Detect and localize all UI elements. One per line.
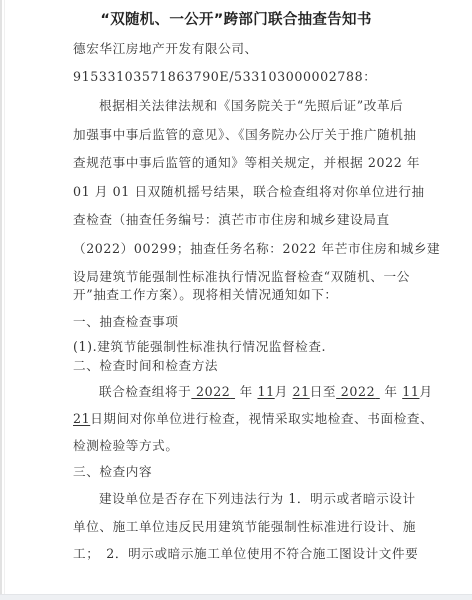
intro-line: 查规范事中事后监管的通知》等相关规定，并根据 2022 年 [73,152,420,171]
section1-heading: 一、抽查检查事项 [73,311,179,330]
end-year: 2022 [336,384,380,399]
schedule-line-3: 检测检验等方式。 [73,435,179,454]
page-left-border [0,0,2,594]
schedule-line: 联合检查组将于 2022 年 11月 21日至 2022 年 11月 [99,381,433,400]
intro-line: 01 月 01 日双随机摇号结果，联合检查组将对你单位进行抽 [73,181,425,200]
intro-line: 设局建筑节能强制性标准执行情况监督检查“双随机、一公 [73,266,410,285]
section3-line: 工； 2．明示或暗示施工单位使用不符合施工图设计文件要 [73,543,418,562]
intro-line: 加强事中事后监管的意见》、《国务院办公厅关于推广随机抽 [73,124,417,143]
page-left-border-inner [4,0,5,594]
intro-line: （2022）00299；抽查任务名称：2022 年芒市住房和城乡建 [73,238,440,257]
recipient-code: 91533103571863790E/533103000002788： [73,66,376,85]
recipient-name: 德宏华江房地产开发有限公司、 [73,38,258,57]
intro-line: 查检查（抽查任务编号：滇芒市市住房和城乡建设局直 [73,209,390,228]
start-day: 21 [293,384,310,399]
end-day: 21 [73,411,90,426]
schedule-line-2: 21日期间对你单位进行检查，视情采取实地检查、书面检查、 [73,408,433,427]
section1-item: (1).建筑节能强制性标准执行情况监督检查. [73,336,326,355]
section3-line: 单位、施工单位违反民用建筑节能强制性标准进行设计、施 [73,516,416,535]
section3-heading: 三、检查内容 [73,461,152,480]
end-month: 11 [402,384,419,399]
section3-line: 建设单位是否存在下列违法行为 1．明示或者暗示设计 [99,488,416,507]
intro-line: 根据相关法律法规和《国务院关于“先照后证”改革后 [99,95,403,114]
viewer-bottom-edge [0,594,472,600]
section2-heading: 二、检查时间和检查方法 [73,355,218,374]
start-year: 2022 [191,384,235,399]
document-title: “双随机、一公开”跨部门联合抽查告知书 [0,8,472,29]
start-month: 11 [257,384,274,399]
intro-line: 开”抽查工作方案）。现将相关情况通知如下： [73,284,338,303]
schedule-prefix: 联合检查组将于 [99,384,191,399]
